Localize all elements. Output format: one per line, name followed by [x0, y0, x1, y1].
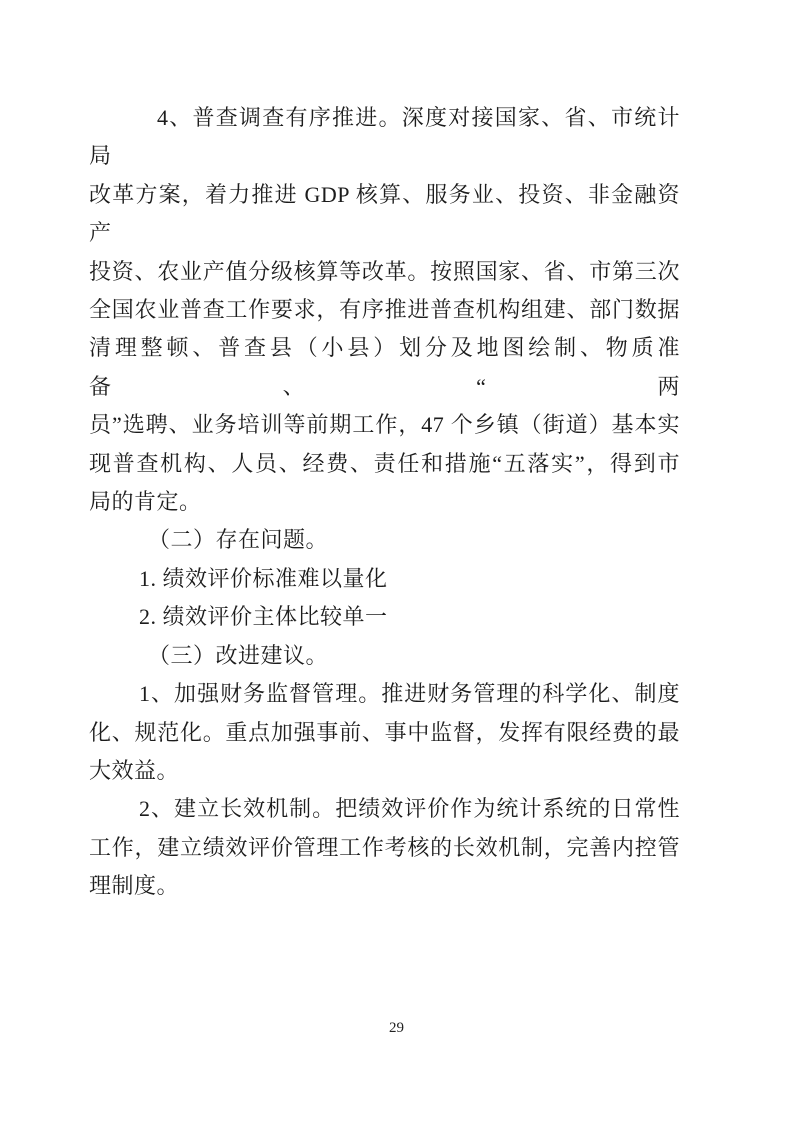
text-line: 大效益。 — [89, 752, 680, 790]
text-line: 全国农业普查工作要求，有序推进普查机构组建、部门数据 — [89, 291, 680, 329]
page-number: 29 — [0, 1020, 793, 1037]
text-line: 现普查机构、人员、经费、责任和措施“五落实”，得到市 — [89, 445, 680, 483]
text-line: 工作，建立绩效评价管理工作考核的长效机制，完善内控管 — [89, 829, 680, 867]
text-line: 理制度。 — [89, 867, 680, 905]
text-line: 投资、农业产值分级核算等改革。按照国家、省、市第三次 — [89, 253, 680, 291]
list-item: 1. 绩效评价标准难以量化 — [89, 560, 680, 598]
text-line: 局的肯定。 — [89, 483, 680, 521]
section-heading: （三）改进建议。 — [89, 637, 680, 675]
text-line: 改革方案，着力推进 GDP 核算、服务业、投资、非金融资产 — [89, 176, 680, 253]
text-line: 员”选聘、业务培训等前期工作，47 个乡镇（街道）基本实 — [89, 406, 680, 444]
text-line: 化、规范化。重点加强事前、事中监督，发挥有限经费的最 — [89, 714, 680, 752]
text-line: 4、普查调查有序推进。深度对接国家、省、市统计局 — [89, 99, 680, 176]
text-line: 清理整顿、普查县（小县）划分及地图绘制、物质准备、“两 — [89, 329, 680, 406]
body-text: 4、普查调查有序推进。深度对接国家、省、市统计局 改革方案，着力推进 GDP 核… — [89, 99, 680, 906]
section-heading: （二）存在问题。 — [89, 521, 680, 559]
document-page: 4、普查调查有序推进。深度对接国家、省、市统计局 改革方案，着力推进 GDP 核… — [0, 0, 793, 1122]
text-line: 1、加强财务监督管理。推进财务管理的科学化、制度 — [89, 675, 680, 713]
text-line: 2、建立长效机制。把绩效评价作为统计系统的日常性 — [89, 790, 680, 828]
list-item: 2. 绩效评价主体比较单一 — [89, 598, 680, 636]
